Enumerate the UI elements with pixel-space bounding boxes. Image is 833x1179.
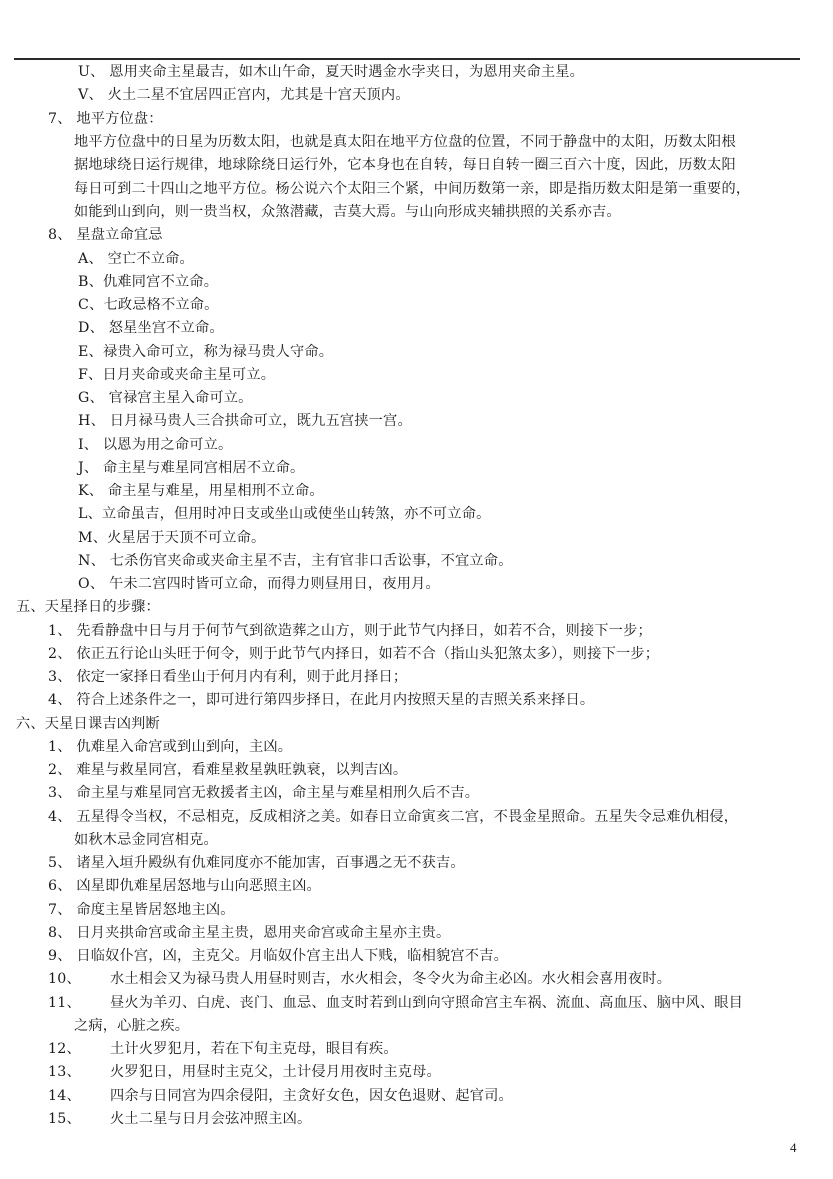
item-label: D、 [78,320,104,336]
item-label: G、 [78,390,104,406]
chapter-heading: 五、天星择日的步骤： [16,598,160,616]
item-label: 15、 [48,1110,110,1128]
item-label: I、 [78,437,98,453]
list-item: 6、 凶星即仇难星居怒地与山向恶照主凶。 [48,877,321,895]
list-item: D、 怒星坐宫不立命。 [78,319,224,337]
item-label: 4、 [48,692,72,708]
item-text: 五星得令当权，不忌相克，反成相济之美。如春日立命寅亥二宫，不畏金星照命。五星失令… [76,809,738,825]
list-item: 3、 命主星与难星同宫无救援者主凶，命主星与难星相刑久后不吉。 [48,784,479,802]
item-label: 3、 [48,785,72,801]
list-item: 15、火土二星与日月会弦冲照主凶。 [48,1110,311,1128]
list-item: F、日月夹命或夹命主星可立。 [78,366,275,384]
list-item-continuation: 如秋木忌金同宫相克。 [74,831,218,849]
item-label: J、 [78,460,98,476]
item-label: E、 [78,344,103,360]
list-item: M、火星居于天顶不可立命。 [78,529,265,547]
item-label: A、 [78,251,103,267]
item-label: 8、 [48,925,72,941]
item-label: F、 [78,367,102,383]
list-item: U、 恩用夹命主星最吉，如木山午命，夏天时遇金水孛夹日，为恩用夹命主星。 [78,63,584,81]
list-item: 2、 难星与救星同宫，看难星救星孰旺孰衰，以判吉凶。 [48,761,407,779]
paragraph-line: 如能到山到向，则一贵当权，众煞潜藏，吉莫大焉。与山向形成夹辅拱照的关系亦吉。 [74,203,621,221]
item-text: 禄贵入命可立，称为禄马贵人守命。 [103,344,333,360]
header-rule [14,58,800,60]
chapter-heading: 六、天星日课吉凶判断 [16,715,160,733]
item-label: 8、 [48,227,72,243]
list-item: H、 日月禄马贵人三合拱命可立，既九五宫挟一宫。 [78,412,412,430]
list-item: 5、 诸星入垣升殿纵有仇难同度亦不能加害，百事遇之无不获吉。 [48,854,465,872]
item-text: 土计火罗犯月，若在下旬主克母，眼目有疾。 [110,1041,398,1057]
item-text: 天星日课吉凶判断 [45,716,160,732]
paragraph-line: 据地球绕日运行规律，地球除绕日运行外，它本身也在自转，每日自转一圈三百六十度，因… [74,156,736,174]
item-label: B、 [78,274,103,290]
item-text: 七杀伤官夹命或夹命主星不吉，主有官非口舌讼事，不宜立命。 [110,553,513,569]
item-text: 仇难同宫不立命。 [103,274,218,290]
item-label: 9、 [48,948,72,964]
item-text: 立命虽吉，但用时冲日支或坐山或使坐山转煞，亦不可立命。 [102,506,490,522]
list-item-continuation: 之病，心脏之疾。 [74,1017,189,1035]
item-label: 5、 [48,855,72,871]
item-text: 星盘立命宜忌 [76,227,162,243]
list-item: 3、 依定一家择日看坐山于何月内有利，则于此月择日； [48,668,407,686]
item-label: 1、 [48,623,72,639]
list-item: 7、 命度主星皆居怒地主凶。 [48,901,235,919]
item-text: 火罗犯日，用昼时主克父，土计侵月用夜时主克母。 [110,1064,441,1080]
item-label: 3、 [48,669,72,685]
item-text: 地平方位盘： [76,111,162,127]
list-item: A、 空亡不立命。 [78,250,194,268]
page-number: 4 [790,1140,797,1156]
list-item: 4、 符合上述条件之一，即可进行第四步择日，在此月内按照天星的吉照关系来择日。 [48,691,594,709]
item-label: M、 [78,530,107,546]
item-label: K、 [78,483,103,499]
item-label: 11、 [48,994,110,1012]
list-item: 1、 仇难星入命宫或到山到向，主凶。 [48,738,292,756]
item-text: 天星择日的步骤： [45,599,160,615]
item-text: 七政忌格不立命。 [103,297,218,313]
item-text: 怒星坐宫不立命。 [109,320,224,336]
item-label: 4、 [48,809,72,825]
item-text: 先看静盘中日与月于何节气到欲造葬之山方，则于此节气内择日，如若不合，则接下一步； [76,623,652,639]
item-label: 7、 [48,902,72,918]
list-item: B、仇难同宫不立命。 [78,273,218,291]
list-item: V、 火土二星不宜居四正宫内，尤其是十宫天顶内。 [78,86,410,104]
list-item: L、立命虽吉，但用时冲日支或坐山或使坐山转煞，亦不可立命。 [78,505,490,523]
list-item: 11、昼火为羊刃、白虎、丧门、血忌、血支时若到山到向守照命宫主车祸、流血、高血压… [48,994,743,1012]
item-text: 火土二星与日月会弦冲照主凶。 [110,1111,311,1127]
item-label: H、 [78,413,105,429]
list-item: 10、水土相会又为禄马贵人用昼时则吉，水火相会，冬令火为命主必凶。水火相会喜用夜… [48,970,671,988]
list-item: 8、 日月夹拱命宫或命主星主贵，恩用夹命宫或命主星亦主贵。 [48,924,450,942]
item-text: 依定一家择日看坐山于何月内有利，则于此月择日； [76,669,407,685]
item-label: 1、 [48,739,72,755]
item-label: 6、 [48,878,72,894]
item-text: 火土二星不宜居四正宫内，尤其是十宫天顶内。 [108,87,410,103]
item-text: 凶星即仇难星居怒地与山向恶照主凶。 [76,878,321,894]
list-item: G、 官禄宫主星入命可立。 [78,389,253,407]
paragraph-line: 地平方位盘中的日星为历数太阳，也就是真太阳在地平方位盘的位置，不同于静盘中的太阳… [74,133,736,151]
list-item: 9、 日临奴仆宫，凶，主克父。月临奴仆宫主出人下贱，临相貌宫不吉。 [48,947,508,965]
item-text: 难星与救星同宫，看难星救星孰旺孰衰，以判吉凶。 [76,762,407,778]
item-label: 2、 [48,646,72,662]
list-item: N、 七杀伤官夹命或夹命主星不吉，主有官非口舌讼事，不宜立命。 [78,552,513,570]
list-item: 2、 依正五行论山头旺于何令，则于此节气内择日，如若不合（指山头犯煞太多），则接… [48,645,659,663]
list-item: 14、四余与日同宫为四余侵阳，主贪好女色，因女色退财、起官司。 [48,1087,513,1105]
item-text: 四余与日同宫为四余侵阳，主贪好女色，因女色退财、起官司。 [110,1088,513,1104]
item-label: U、 [78,64,105,80]
list-item: K、 命主星与难星，用星相刑不立命。 [78,482,324,500]
item-label: 14、 [48,1087,110,1105]
item-label: V、 [78,87,103,103]
item-label: 13、 [48,1063,110,1081]
section-heading: 8、 星盘立命宜忌 [48,226,163,244]
item-label: L、 [78,506,102,522]
item-label: 7、 [48,111,72,127]
item-label: 12、 [48,1040,110,1058]
item-text: 符合上述条件之一，即可进行第四步择日，在此月内按照天星的吉照关系来择日。 [76,692,594,708]
item-text: 恩用夹命主星最吉，如木山午命，夏天时遇金水孛夹日，为恩用夹命主星。 [109,64,584,80]
item-text: 命主星与难星同宫相居不立命。 [103,460,304,476]
item-label: 10、 [48,970,110,988]
list-item: O、 午未二宫四时皆可立命，而得力则昼用日，夜用月。 [78,575,440,593]
paragraph-line: 每日可到二十四山之地平方位。杨公说六个太阳三个紧，中间历数第一亲，即是指历数太阳… [74,180,750,198]
item-text: 水土相会又为禄马贵人用昼时则吉，水火相会，冬令火为命主必凶。水火相会喜用夜时。 [110,971,671,987]
item-text: 命主星与难星同宫无救援者主凶，命主星与难星相刑久后不吉。 [76,785,479,801]
list-item: C、七政忌格不立命。 [78,296,219,314]
item-text: 午未二宫四时皆可立命，而得力则昼用日，夜用月。 [109,576,440,592]
item-label: 2、 [48,762,72,778]
list-item: 4、 五星得令当权，不忌相克，反成相济之美。如春日立命寅亥二宫，不畏金星照命。五… [48,808,738,826]
item-text: 以恩为用之命可立。 [103,437,233,453]
item-label: C、 [78,297,103,313]
item-text: 日月禄马贵人三合拱命可立，既九五宫挟一宫。 [110,413,412,429]
item-text: 火星居于天顶不可立命。 [107,530,265,546]
item-text: 命度主星皆居怒地主凶。 [76,902,234,918]
item-label: N、 [78,553,105,569]
list-item: 1、 先看静盘中日与月于何节气到欲造葬之山方，则于此节气内择日，如若不合，则接下… [48,622,652,640]
item-text: 日临奴仆宫，凶，主克父。月临奴仆宫主出人下贱，临相貌宫不吉。 [76,948,508,964]
item-text: 依正五行论山头旺于何令，则于此节气内择日，如若不合（指山头犯煞太多），则接下一步… [76,646,659,662]
item-text: 日月夹命或夹命主星可立。 [102,367,275,383]
item-text: 官禄宫主星入命可立。 [109,390,253,406]
list-item: I、 以恩为用之命可立。 [78,436,232,454]
list-item: 12、土计火罗犯月，若在下旬主克母，眼目有疾。 [48,1040,398,1058]
item-text: 诸星入垣升殿纵有仇难同度亦不能加害，百事遇之无不获吉。 [76,855,464,871]
list-item: 13、火罗犯日，用昼时主克父，土计侵月用夜时主克母。 [48,1063,441,1081]
list-item: E、禄贵入命可立，称为禄马贵人守命。 [78,343,333,361]
item-label: 六、 [16,716,45,732]
item-text: 命主星与难星，用星相刑不立命。 [108,483,324,499]
item-text: 空亡不立命。 [108,251,194,267]
item-text: 仇难星入命宫或到山到向，主凶。 [76,739,292,755]
item-text: 昼火为羊刃、白虎、丧门、血忌、血支时若到山到向守照命宫主车祸、流血、高血压、脑中… [110,995,743,1011]
list-item: J、 命主星与难星同宫相居不立命。 [78,459,304,477]
item-label: 五、 [16,599,45,615]
section-heading: 7、 地平方位盘： [48,110,163,128]
item-text: 日月夹拱命宫或命主星主贵，恩用夹命宫或命主星亦主贵。 [76,925,450,941]
item-label: O、 [78,576,104,592]
